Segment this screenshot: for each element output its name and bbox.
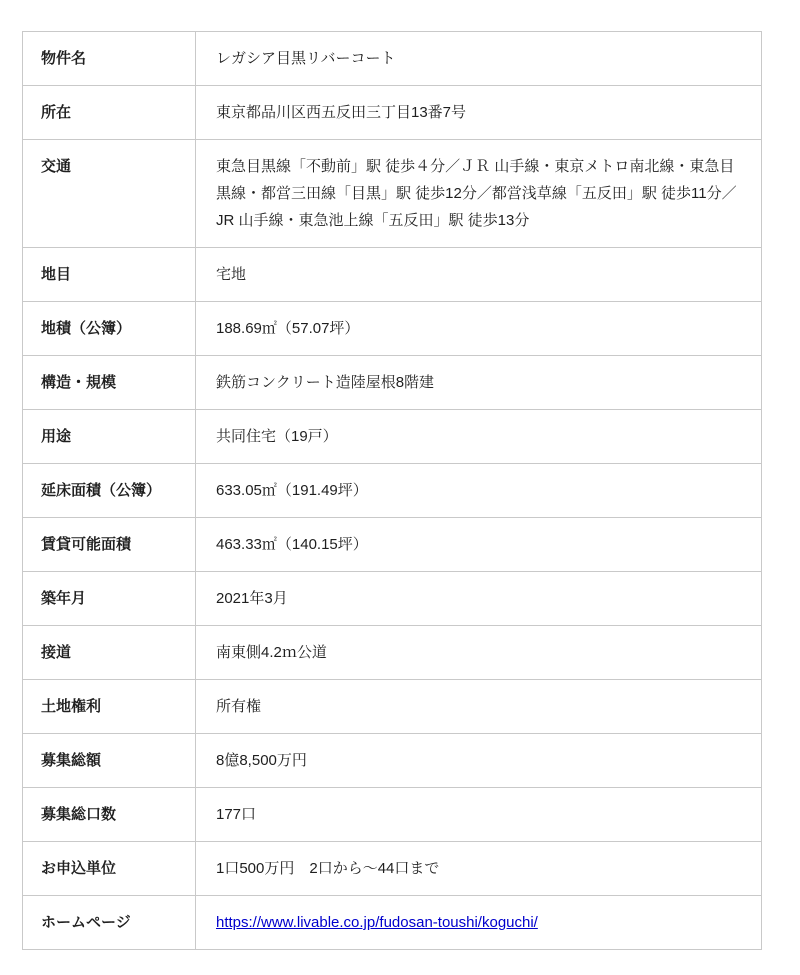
row-value: 2021年3月 xyxy=(196,572,761,625)
table-row-land-category: 地目 宅地 xyxy=(23,248,761,302)
row-value: 南東側4.2ｍ公道 xyxy=(196,626,761,679)
table-row-land-area: 地積（公簿） 188.69㎡（57.07坪） xyxy=(23,302,761,356)
row-label: ホームページ xyxy=(23,896,196,949)
row-value: https://www.livable.co.jp/fudosan-toushi… xyxy=(196,896,761,949)
row-label: 募集総額 xyxy=(23,734,196,787)
table-row-built-date: 築年月 2021年3月 xyxy=(23,572,761,626)
table-row-total-units: 募集総口数 177口 xyxy=(23,788,761,842)
table-row-land-rights: 土地権利 所有権 xyxy=(23,680,761,734)
row-value: 8億8,500万円 xyxy=(196,734,761,787)
table-row-property-name: 物件名 レガシア目黒リバーコート xyxy=(23,32,761,86)
row-value: 177口 xyxy=(196,788,761,841)
row-value: 東京都品川区西五反田三丁目13番7号 xyxy=(196,86,761,139)
row-label: 用途 xyxy=(23,410,196,463)
row-label: 交通 xyxy=(23,140,196,247)
homepage-link[interactable]: https://www.livable.co.jp/fudosan-toushi… xyxy=(216,914,538,931)
table-row-road-access: 接道 南東側4.2ｍ公道 xyxy=(23,626,761,680)
row-value: 所有権 xyxy=(196,680,761,733)
row-label: 地目 xyxy=(23,248,196,301)
table-row-rentable-area: 賃貸可能面積 463.33㎡（140.15坪） xyxy=(23,518,761,572)
row-label: 土地権利 xyxy=(23,680,196,733)
row-value: 鉄筋コンクリート造陸屋根8階建 xyxy=(196,356,761,409)
table-row-homepage: ホームページ https://www.livable.co.jp/fudosan… xyxy=(23,896,761,950)
row-value: 463.33㎡（140.15坪） xyxy=(196,518,761,571)
row-value: 宅地 xyxy=(196,248,761,301)
row-label: 所在 xyxy=(23,86,196,139)
row-value: 633.05㎡（191.49坪） xyxy=(196,464,761,517)
row-label: 構造・規模 xyxy=(23,356,196,409)
table-row-total-offering: 募集総額 8億8,500万円 xyxy=(23,734,761,788)
row-label: 接道 xyxy=(23,626,196,679)
row-label: 募集総口数 xyxy=(23,788,196,841)
row-value: レガシア目黒リバーコート xyxy=(196,32,761,85)
table-row-location: 所在 東京都品川区西五反田三丁目13番7号 xyxy=(23,86,761,140)
row-value: 東急目黒線「不動前」駅 徒歩４分／ＪＲ 山手線・東京メトロ南北線・東急目黒線・都… xyxy=(196,140,761,247)
table-row-usage: 用途 共同住宅（19戸） xyxy=(23,410,761,464)
row-label: 賃貸可能面積 xyxy=(23,518,196,571)
property-info-table: 物件名 レガシア目黒リバーコート 所在 東京都品川区西五反田三丁目13番7号 交… xyxy=(22,31,762,950)
table-row-structure: 構造・規模 鉄筋コンクリート造陸屋根8階建 xyxy=(23,356,761,410)
property-detail-page: 物件名 レガシア目黒リバーコート 所在 東京都品川区西五反田三丁目13番7号 交… xyxy=(0,0,800,975)
table-row-application-unit: お申込単位 1口500万円 2口から〜44口まで xyxy=(23,842,761,896)
row-label: 築年月 xyxy=(23,572,196,625)
table-row-floor-area: 延床面積（公簿） 633.05㎡（191.49坪） xyxy=(23,464,761,518)
row-value: 188.69㎡（57.07坪） xyxy=(196,302,761,355)
table-row-transit: 交通 東急目黒線「不動前」駅 徒歩４分／ＪＲ 山手線・東京メトロ南北線・東急目黒… xyxy=(23,140,761,248)
row-label: 延床面積（公簿） xyxy=(23,464,196,517)
row-value: 1口500万円 2口から〜44口まで xyxy=(196,842,761,895)
row-label: お申込単位 xyxy=(23,842,196,895)
row-label: 物件名 xyxy=(23,32,196,85)
row-label: 地積（公簿） xyxy=(23,302,196,355)
row-value: 共同住宅（19戸） xyxy=(196,410,761,463)
